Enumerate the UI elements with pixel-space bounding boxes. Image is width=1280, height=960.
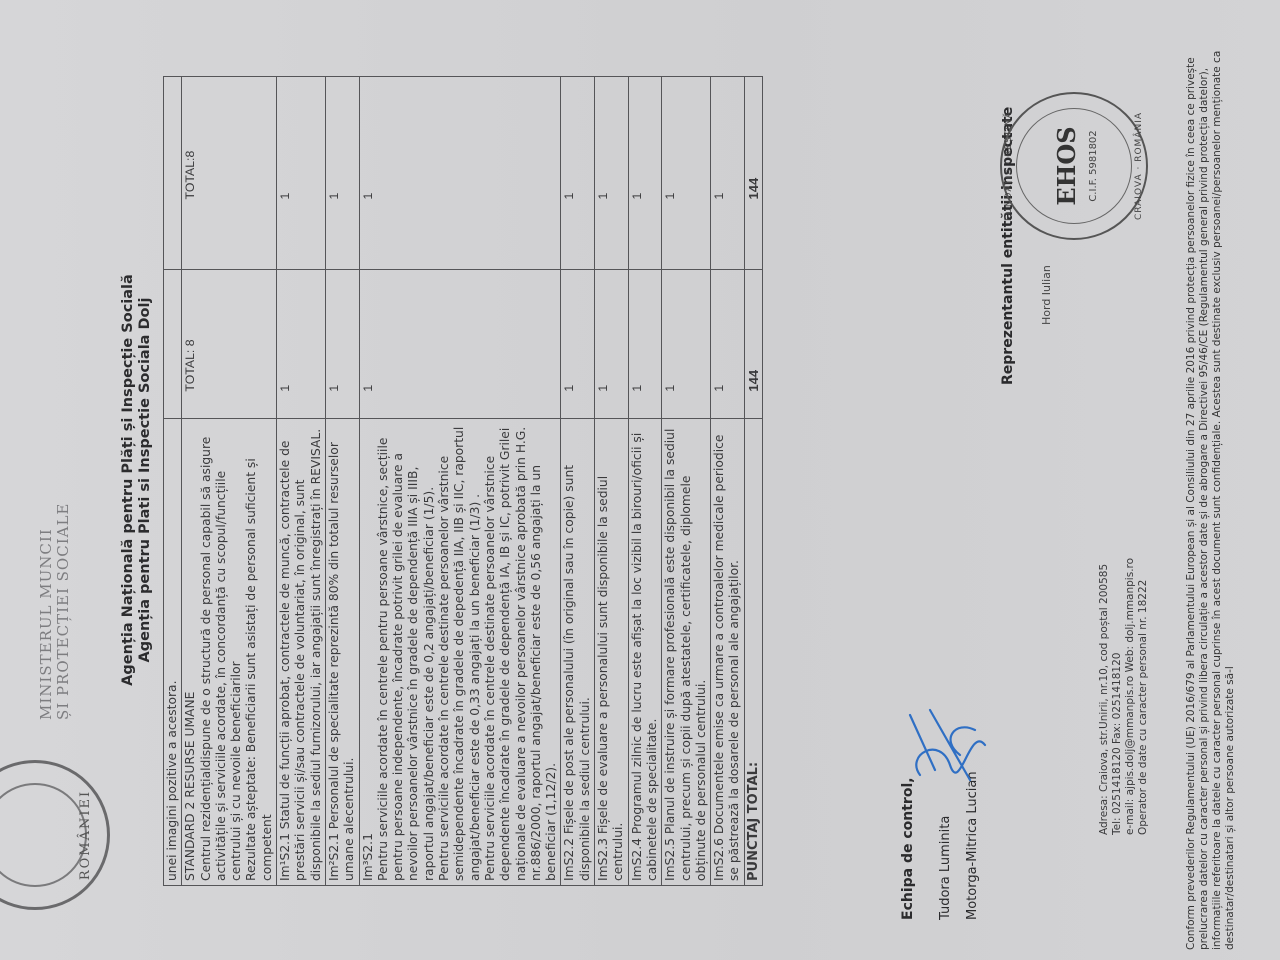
score-column-1: 1 <box>711 270 745 418</box>
score-column-2: 1 <box>628 77 662 270</box>
handwritten-signature-icon <box>900 705 995 785</box>
table-row: unei imagini pozitive a acestora. <box>164 77 182 886</box>
score-column-1 <box>164 270 182 418</box>
table-row: ImS2.5 Planul de instruire și formare pr… <box>662 77 711 886</box>
score-column-1: 1 <box>277 270 326 418</box>
criterion-description: ImS2.5 Planul de instruire și formare pr… <box>662 418 711 885</box>
table-row: Im²S2.1 Personalul de specialitate repre… <box>325 77 359 886</box>
score-column-1: 1 <box>359 270 561 418</box>
score-column-2: 1 <box>359 77 561 270</box>
romania-coat-of-arms-seal-icon: ROMÂNIEI <box>0 760 110 910</box>
total-row: PUNCTAJ TOTAL:144144 <box>744 77 762 886</box>
score-column-1: 1 <box>325 270 359 418</box>
criterion-description: unei imagini pozitive a acestora. <box>164 418 182 885</box>
score-column-2: 1 <box>325 77 359 270</box>
score-column-2: 1 <box>711 77 745 270</box>
table-row: ImS2.2 Fișele de post ale personalului (… <box>561 77 595 886</box>
ministry-header: ROMÂNIEI MINISTERUL MUNCII ȘI PROTECȚIEI… <box>0 503 110 910</box>
criterion-description: Im¹S2.1 Statul de funcții aprobat, contr… <box>277 418 326 885</box>
criterion-description: ImS2.3 Fișele de evaluare a personalului… <box>595 418 629 885</box>
table-row: STANDARD 2 RESURSE UMANE Centrul reziden… <box>182 77 277 886</box>
table-row: ImS2.4 Programul zilnic de lucru este af… <box>628 77 662 886</box>
score-column-1: TOTAL: 8 <box>182 270 277 418</box>
criterion-description: ImS2.6 Documentele emise ca urmare a con… <box>711 418 745 885</box>
table-row: Im³S2.1 Pentru serviciile acordate în ce… <box>359 77 561 886</box>
criterion-description: Im³S2.1 Pentru serviciile acordate în ce… <box>359 418 561 885</box>
control-team-member: Tudora Luminita <box>938 771 953 920</box>
score-column-1: 1 <box>595 270 629 418</box>
evaluation-table: unei imagini pozitive a acestora.STANDAR… <box>163 76 763 886</box>
gdpr-notice: Conform prevederilor Regulamentului (UE)… <box>1185 20 1237 950</box>
total-score-2: 144 <box>744 77 762 270</box>
control-team-block: Echipa de control, Tudora Luminita Motor… <box>900 771 992 920</box>
score-column-2 <box>164 77 182 270</box>
score-column-2: 1 <box>595 77 629 270</box>
control-team-member: Motorga-Mitrica Lucian <box>965 771 980 920</box>
agency-address: Adresa: Craiova, str.Unirii, nr.10, cod … <box>1098 558 1150 835</box>
score-column-2: TOTAL:8 <box>182 77 277 270</box>
score-column-2: 1 <box>662 77 711 270</box>
total-score-1: 144 <box>744 270 762 418</box>
criterion-description: Im²S2.1 Personalul de specialitate repre… <box>325 418 359 885</box>
score-column-2: 1 <box>277 77 326 270</box>
agency-title: Agenția Națională pentru Plăți și Inspec… <box>120 0 154 960</box>
score-column-2: 1 <box>561 77 595 270</box>
score-column-1: 1 <box>561 270 595 418</box>
table-row: ImS2.6 Documentele emise ca urmare a con… <box>711 77 745 886</box>
scanned-document-page: ROMÂNIEI MINISTERUL MUNCII ȘI PROTECȚIEI… <box>0 0 1280 960</box>
criterion-description: ImS2.2 Fișele de post ale personalului (… <box>561 418 595 885</box>
organization-stamp-icon: FUNDAȚIA CREȘTINĂ EHOS C.I.F. 5981802 CR… <box>1000 92 1148 240</box>
criterion-description: ImS2.4 Programul zilnic de lucru este af… <box>628 418 662 885</box>
total-label: PUNCTAJ TOTAL: <box>744 418 762 885</box>
score-column-1: 1 <box>662 270 711 418</box>
table-row: Im¹S2.1 Statul de funcții aprobat, contr… <box>277 77 326 886</box>
table-row: ImS2.3 Fișele de evaluare a personalului… <box>595 77 629 886</box>
ministry-name: MINISTERUL MUNCII ȘI PROTECȚIEI SOCIALE <box>38 503 72 720</box>
score-column-1: 1 <box>628 270 662 418</box>
control-team-title: Echipa de control, <box>900 771 916 920</box>
criterion-description: STANDARD 2 RESURSE UMANE Centrul reziden… <box>182 418 277 885</box>
